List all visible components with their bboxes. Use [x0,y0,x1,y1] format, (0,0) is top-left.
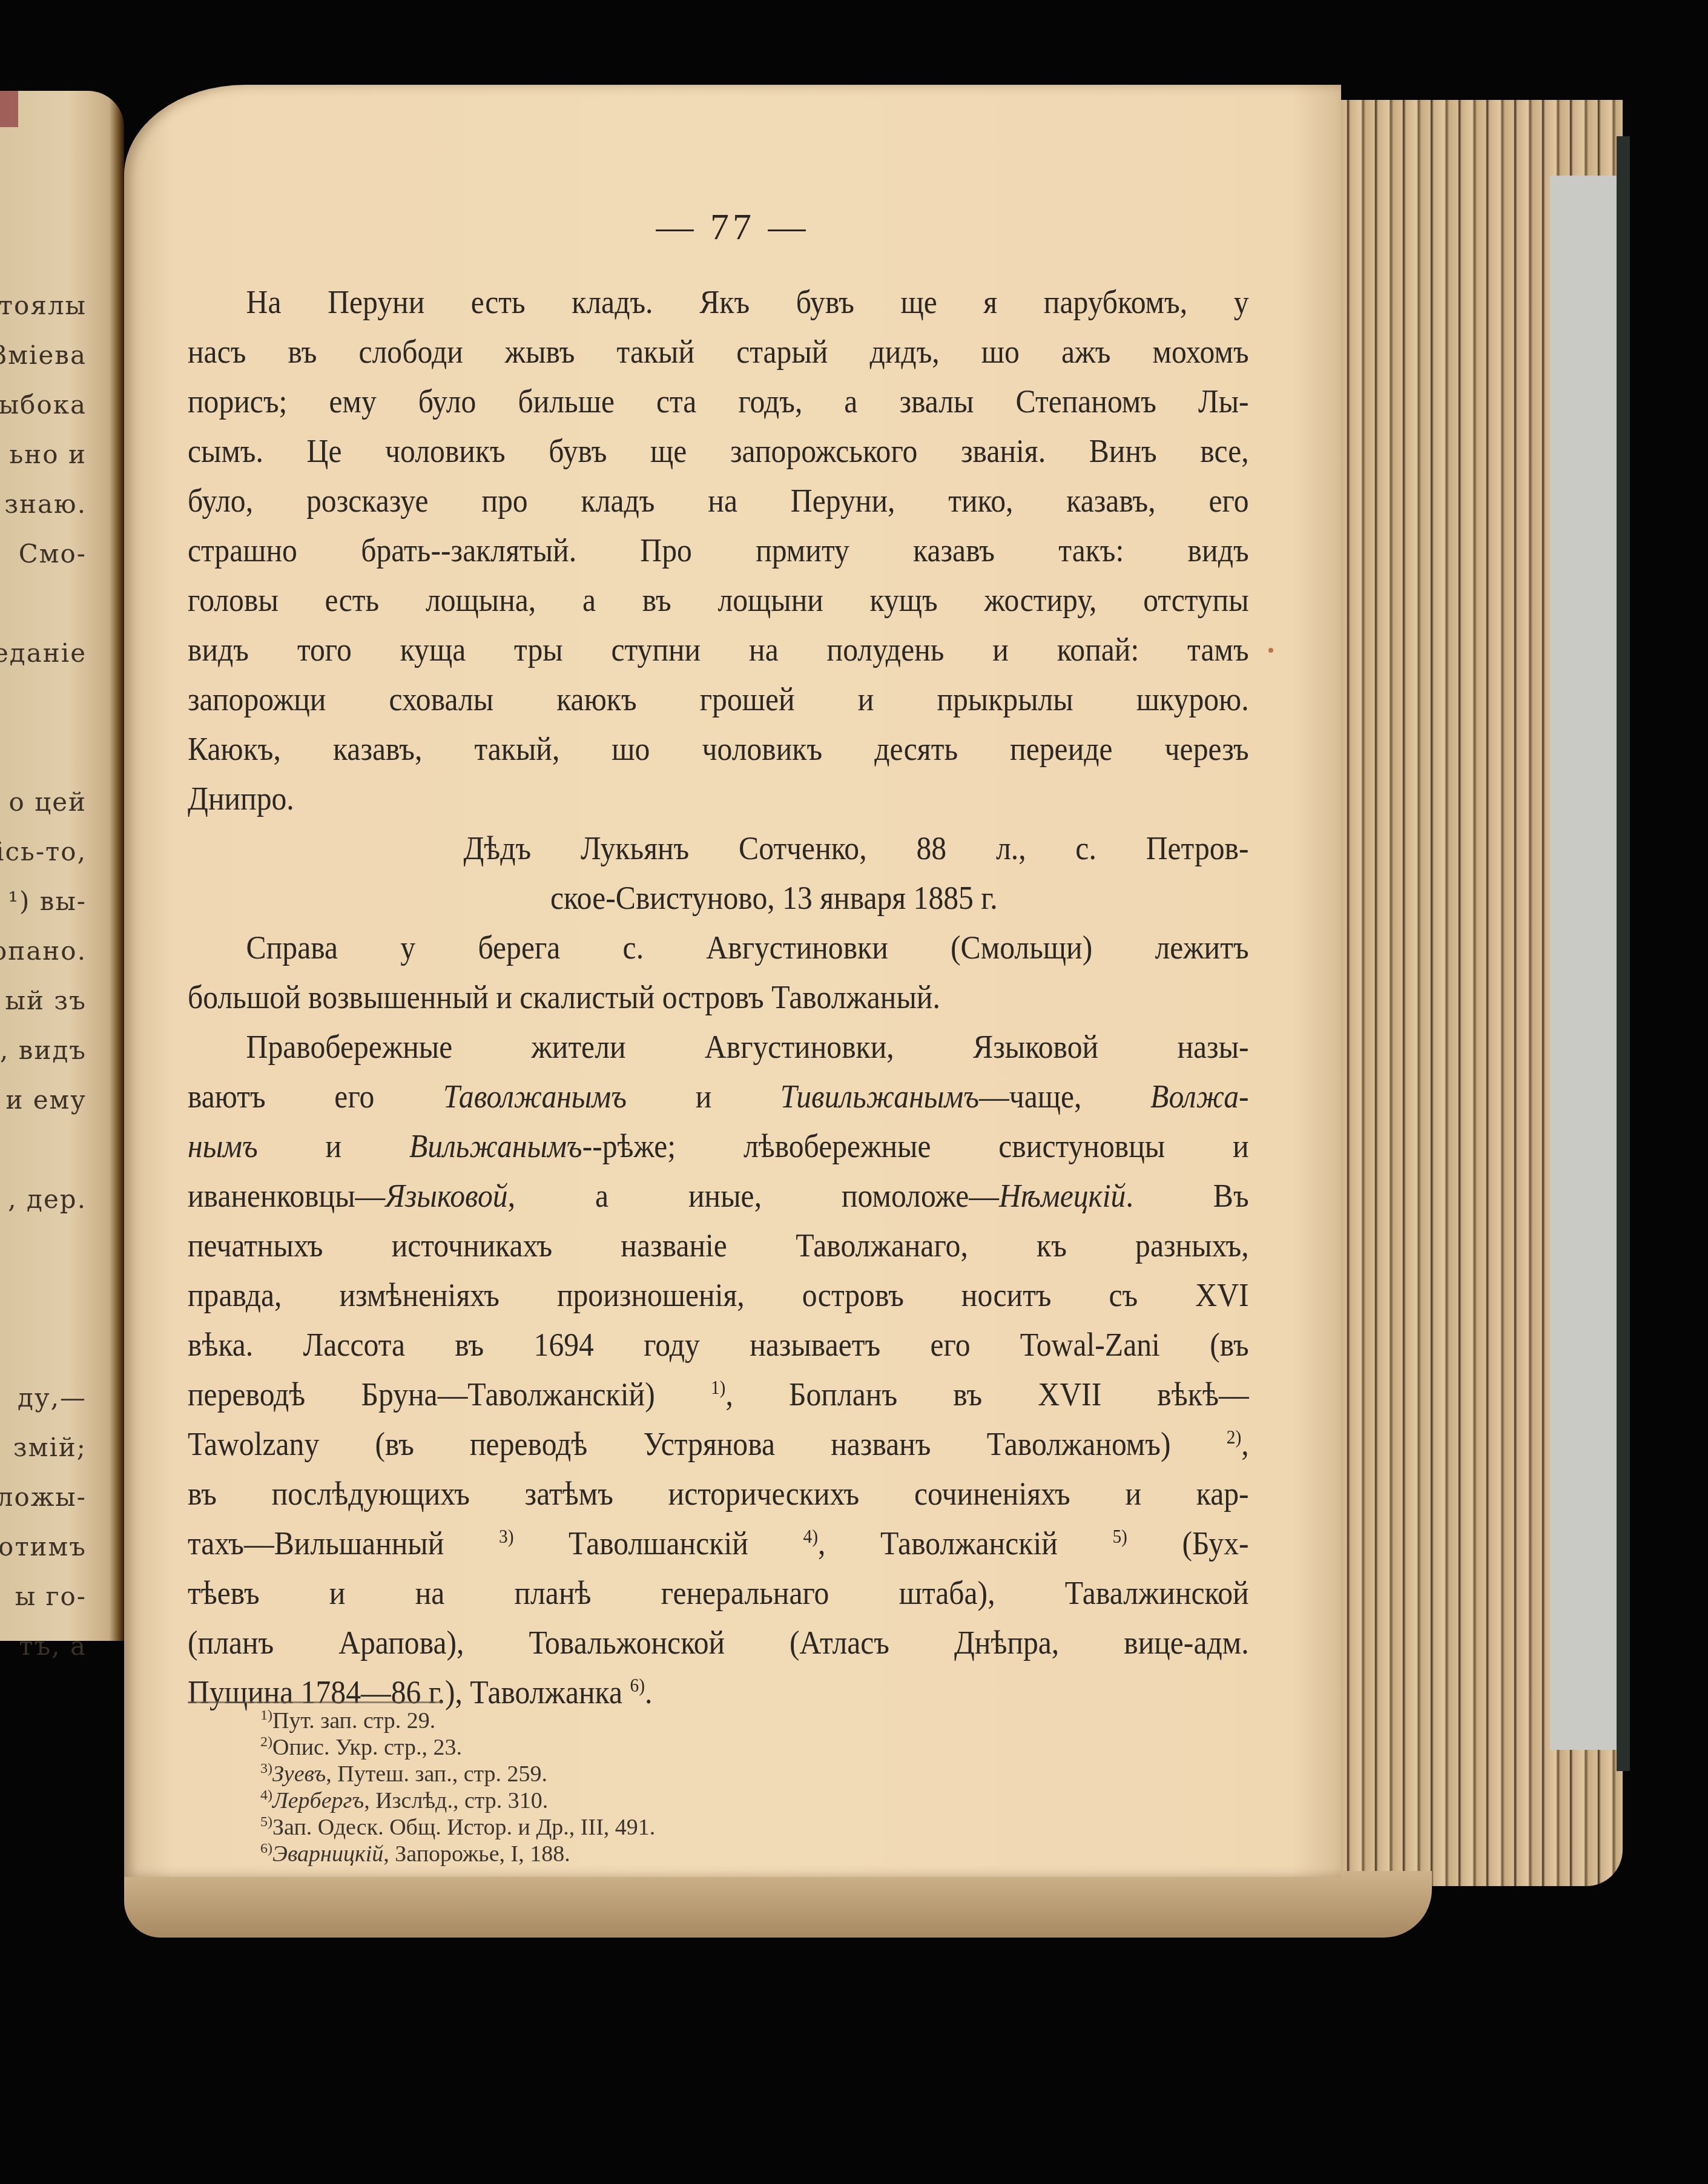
footnote: 6)Эварницкій, Запорожье, I, 188. [260,1841,1108,1867]
text-line: насъ въ слободи жывъ такый старый дидъ, … [188,327,1249,377]
left-page-line: ьно и [10,440,87,469]
footnotes: 1)Пут. зап. стр. 29. 2)Опис. Укр. стр., … [260,1707,1108,1867]
footnote-ref[interactable]: 3) [499,1525,514,1547]
text-line: Правобережные жители Августиновки, Языко… [188,1022,1249,1072]
text-line: На Перуни есть кладъ. Якъ бувъ ще я пару… [188,277,1249,327]
text-line: вѣка. Лассота въ 1694 году называетъ его… [188,1320,1249,1370]
footnote: 4)Лербергъ, Изслѣд., стр. 310. [260,1787,1108,1814]
text-line: въ послѣдующихъ затѣмъ историческихъ соч… [188,1469,1249,1519]
endpaper-edge [1550,176,1617,1750]
text-line: печатныхъ источникахъ названіе Таволжана… [188,1221,1249,1270]
footnote-ref[interactable]: 2) [1227,1426,1242,1448]
text-line: запорожци сховалы каюкъ грошей и прыкрыл… [188,675,1249,724]
left-page-line: ый зъ [5,986,87,1015]
italic-name: Тивильжанымъ [780,1078,979,1115]
text-line: тахъ—Вильшанный 3) Таволшанскій 4), Таво… [188,1519,1249,1568]
text-line: Справа у берега с. Августиновки (Смольщи… [188,923,1249,972]
signature-line: ское-Свистуново, 13 января 1885 г. [188,873,1249,923]
italic-name: Таволжанымъ [443,1078,627,1115]
text-line: головы есть лощына, а въ лощыни кущъ жос… [188,575,1249,625]
left-page-line: тъ, а [19,1631,87,1661]
text-line: Tawolzany (въ переводѣ Устрянова названъ… [188,1419,1249,1469]
text-line: переводѣ Бруна—Таволжанскій) 1), Бопланъ… [188,1370,1249,1419]
italic-name: Языковой [385,1178,507,1214]
left-page-line: , дер. [8,1184,87,1214]
footnote: 1)Пут. зап. стр. 29. [260,1707,1108,1734]
text-line: ваютъ его Таволжанымъ и Тивильжанымъ—чащ… [188,1072,1249,1121]
left-page-line: лыбока [0,390,87,420]
left-page-line: опано. [0,936,87,966]
left-page-line: ду,— [18,1383,87,1413]
footnote-ref[interactable]: 1) [711,1376,726,1398]
paper-stain [1268,648,1273,653]
left-page-line: Зміева [0,340,87,370]
left-page-line: знаю. [4,489,87,519]
body-text: На Перуни есть кладъ. Якъ бувъ ще я пару… [188,277,1250,1717]
text-line: Днипро. [188,774,1249,823]
page-number: — 77 — [124,206,1341,249]
italic-name: Вильжанымъ [409,1128,582,1164]
text-line: страшно брать--заклятый. Про прмиту каза… [188,526,1249,575]
text-line: порисъ; ему було бильше ста годъ, а звал… [188,377,1249,426]
right-page: — 77 — На Перуни есть кладъ. Якъ бувъ ще… [124,85,1341,1877]
signature-line: Дѣдъ Лукьянъ Сотченко, 88 л., с. Петров- [188,823,1249,873]
italic-name: нымъ [188,1128,258,1164]
text-line: (планъ Арапова), Товальжонской (Атласъ Д… [188,1618,1249,1668]
text-line: видъ того куща тры ступни на полудень и … [188,625,1249,675]
left-page-line: еданіе [0,638,87,668]
left-page-line: и ему [5,1085,87,1115]
text-line: нымъ и Вильжанымъ--рѣже; лѣвобережные св… [188,1121,1249,1171]
footnote: 2)Опис. Укр. стр., 23. [260,1734,1108,1761]
text-line: правда, измѣненіяхъ произношенія, остров… [188,1270,1249,1320]
left-page-line: змій; [13,1433,87,1462]
left-page-line: ложы- [0,1482,87,1512]
left-page-line: о цей [9,787,87,817]
footnote-ref[interactable]: 6) [630,1674,645,1696]
italic-name: Нѣмецкій [999,1178,1126,1214]
footnote-ref[interactable]: 4) [803,1525,818,1547]
left-page-fragment: стоялы Зміева лыбока ьно и знаю. Смо- ед… [0,91,124,1641]
left-page-line: стоялы [0,291,87,320]
page-edge-mark [0,91,18,127]
text-line: було, розсказуе про кладъ на Перуни, тик… [188,476,1249,526]
text-line: Каюкъ, казавъ, такый, шо чоловикъ десять… [188,724,1249,774]
footnote: 3)Зуевъ, Путеш. зап., стр. 259. [260,1761,1108,1787]
page-bottom-edge [124,1871,1432,1938]
italic-name: Волжа- [1150,1078,1249,1115]
left-page-line: Смо- [19,539,87,569]
left-page-line: , видъ [0,1035,87,1065]
text-line: иваненковцы—Языковой, а иные, помоложе—Н… [188,1171,1249,1221]
left-page-line: ісь-то, [0,837,87,866]
text-line: большой возвышенный и скалистый островъ … [188,972,1249,1022]
footnote-ref[interactable]: 5) [1112,1525,1127,1547]
left-page-line: отимъ [0,1532,87,1562]
left-page-line: ¹) вы- [8,886,87,916]
text-line: тѣевъ и на планѣ генеральнаго штаба), Та… [188,1568,1249,1618]
text-line: сымъ. Це чоловикъ бувъ ще запорожського … [188,426,1249,476]
footnote: 5)Зап. Одеск. Общ. Истор. и Др., III, 49… [260,1814,1108,1841]
footnote-divider [188,1701,442,1703]
book-cover-edge [1617,136,1630,1771]
left-page-line: ы го- [15,1582,87,1611]
